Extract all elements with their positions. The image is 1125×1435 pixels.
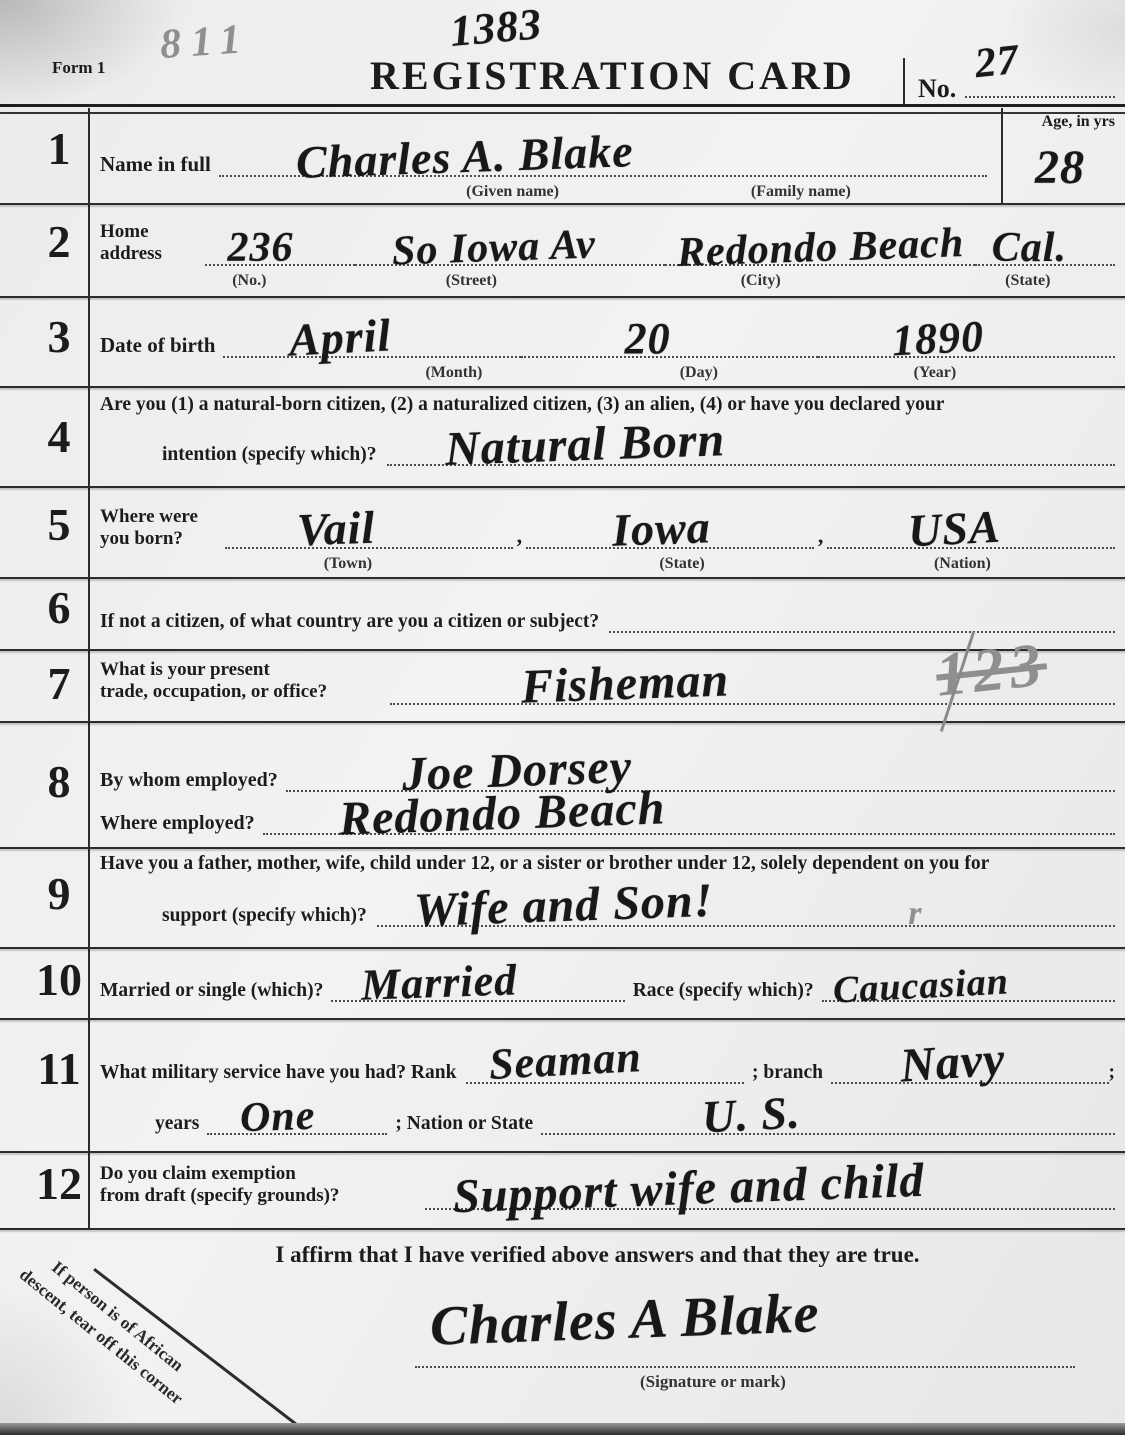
row-number: 5 <box>34 502 84 548</box>
dependents-answer-line: Wife and Son! r <box>377 921 1115 927</box>
family-name-sublabel: (Family name) <box>751 183 851 201</box>
dob-month: April <box>288 308 393 366</box>
day-sublabel: (Day) <box>680 364 718 382</box>
military-nation-line: U. S. <box>541 1129 1115 1135</box>
row-number: 8 <box>34 759 84 805</box>
birth-state-line: Iowa <box>526 543 814 549</box>
dob-day: 20 <box>625 313 671 364</box>
military-years-label: years <box>155 1113 207 1135</box>
occupation-label-line1: What is your present <box>100 659 327 681</box>
military-rank-label: What military service have you had? Rank <box>100 1062 466 1084</box>
row-dependents: 9 Have you a father, mother, wife, child… <box>0 847 1125 949</box>
pencil-serial-number: 811 <box>158 15 252 69</box>
row-number: 6 <box>34 585 84 631</box>
faint-pencil-mark: r <box>908 895 922 933</box>
month-sublabel: (Month) <box>425 364 482 382</box>
signature-sublabel: (Signature or mark) <box>640 1372 786 1392</box>
exemption-answer: Support wife and child <box>452 1153 925 1224</box>
birth-town: Vail <box>296 501 376 557</box>
exemption-label-line1: Do you claim exemption <box>100 1163 339 1185</box>
address-street-line: So Iowa Av <box>355 260 665 266</box>
signature-value: Charles A Blake <box>429 1281 820 1359</box>
employer-label: By whom employed? <box>100 769 286 792</box>
military-rank-line: Seaman <box>466 1078 744 1084</box>
citizenship-answer-line: Natural Born <box>387 460 1116 466</box>
exemption-answer-line: Support wife and child <box>425 1204 1115 1210</box>
race-answer-line: Caucasian <box>822 996 1115 1002</box>
race-answer: Caucasian <box>832 959 1010 1012</box>
home-address-label-line2: address <box>100 243 162 265</box>
military-nation-answer: U. S. <box>701 1085 802 1143</box>
row-marital-race: 10 Married or single (which)? Married Ra… <box>0 947 1125 1020</box>
row-number: 1 <box>34 126 84 172</box>
row-number: 11 <box>34 1046 84 1092</box>
row-citizenship: 4 Are you (1) a natural-born citizen, (2… <box>0 386 1125 488</box>
given-name-sublabel: (Given name) <box>466 183 559 201</box>
occupation-answer: Fisheman <box>520 652 730 714</box>
address-state: Cal. <box>992 224 1067 272</box>
exemption-label-line2: from draft (specify grounds)? <box>100 1185 339 1207</box>
name-label: Name in full <box>100 152 219 177</box>
birth-nation-line: USA <box>827 543 1115 549</box>
military-nation-label: ; Nation or State <box>387 1113 541 1135</box>
marital-label: Married or single (which)? <box>100 980 331 1002</box>
employment-place-answer: Redondo Beach <box>338 780 666 846</box>
scan-bottom-edge <box>0 1423 1125 1435</box>
name-answer: Charles A. Blake <box>295 124 634 189</box>
citizenship-question-line1: Are you (1) a natural-born citizen, (2) … <box>100 394 944 416</box>
military-years-answer: One <box>239 1092 316 1143</box>
address-state-line: Cal. <box>975 260 1115 266</box>
affirmation-statement: I affirm that I have verified above answ… <box>100 1242 1095 1268</box>
citizenship-question-line2: intention (specify which)? <box>162 444 387 466</box>
row-name: 1 Name in full Charles A. Blake (Given n… <box>0 108 1125 205</box>
birthplace-label-line2: you born? <box>100 528 198 550</box>
address-no: 236 <box>228 224 294 272</box>
header-divider-line <box>903 58 905 106</box>
town-sublabel: (Town) <box>324 555 372 573</box>
dob-label: Date of birth <box>100 333 223 358</box>
row-number: 4 <box>34 414 84 460</box>
military-branch-answer: Navy <box>899 1031 1008 1093</box>
home-address-label-line1: Home <box>100 221 162 243</box>
marital-answer-line: Married <box>331 996 624 1002</box>
address-street: So Iowa Av <box>391 220 596 275</box>
dob-year-line: 1890 <box>818 352 1115 358</box>
page-title: REGISTRATION CARD <box>370 52 855 99</box>
employment-place-label: Where employed? <box>100 812 263 835</box>
military-rank-answer: Seaman <box>487 1031 642 1090</box>
dependents-question-line2: support (specify which)? <box>162 905 377 927</box>
dob-month-line: April <box>223 352 520 358</box>
age-value: 28 <box>1035 140 1085 195</box>
dependents-question-line1: Have you a father, mother, wife, child u… <box>100 853 989 875</box>
name-answer-line: Charles A. Blake <box>219 171 987 177</box>
row-birthplace: 5 Where were you born? Vail , Iowa , USA… <box>0 486 1125 579</box>
row-number: 3 <box>34 314 84 360</box>
no-dotted-line <box>965 96 1115 98</box>
row-number: 9 <box>34 871 84 917</box>
age-label: Age, in yrs <box>1042 113 1115 131</box>
dob-year: 1890 <box>891 311 986 367</box>
row-occupation: 7 What is your present trade, occupation… <box>0 649 1125 723</box>
birth-town-line: Vail <box>225 543 513 549</box>
military-branch-line: Navy <box>831 1078 1109 1084</box>
occupation-label-line2: trade, occupation, or office? <box>100 681 327 703</box>
row-home-address: 2 Home address 236 So Iowa Av Redondo Be… <box>0 203 1125 298</box>
row-date-of-birth: 3 Date of birth April 20 1890 (Month) (D… <box>0 296 1125 388</box>
row-employment: 8 By whom employed? Joe Dorsey Where emp… <box>0 721 1125 849</box>
state-sublabel: (State) <box>1005 272 1050 290</box>
row-number: 12 <box>34 1161 84 1207</box>
separator-comma: , <box>814 523 828 549</box>
registration-card: Form 1 811 1383 REGISTRATION CARD No. 27… <box>0 0 1125 1435</box>
address-no-line: 236 <box>205 260 355 266</box>
citizenship-answer: Natural Born <box>444 412 726 477</box>
year-sublabel: (Year) <box>914 364 957 382</box>
row-number: 7 <box>34 661 84 707</box>
row-military-service: 11 What military service have you had? R… <box>0 1018 1125 1153</box>
employment-place-answer-line: Redondo Beach <box>263 829 1115 835</box>
row-exemption: 12 Do you claim exemption from draft (sp… <box>0 1151 1125 1230</box>
birthplace-label-line1: Where were <box>100 506 198 528</box>
state-sublabel: (State) <box>659 555 704 573</box>
form-number-label: Form 1 <box>52 58 105 78</box>
address-city-line: Redondo Beach <box>665 260 975 266</box>
row-number: 2 <box>34 219 84 265</box>
nation-sublabel: (Nation) <box>934 555 991 573</box>
address-city: Redondo Beach <box>677 219 966 277</box>
birth-nation: USA <box>907 500 1002 558</box>
dependents-answer: Wife and Son! <box>413 873 714 938</box>
separator-comma: , <box>513 523 527 549</box>
row-number: 10 <box>34 957 84 1003</box>
no-label: No. <box>918 74 956 104</box>
military-years-line: One <box>207 1129 387 1135</box>
marital-answer: Married <box>360 954 518 1010</box>
no-sublabel: (No.) <box>232 272 266 290</box>
foreign-citizen-label: If not a citizen, of what country are yo… <box>100 611 609 633</box>
age-box-divider <box>1001 108 1003 203</box>
stamped-card-number: 1383 <box>448 0 544 57</box>
card-number-value: 27 <box>973 36 1022 88</box>
military-branch-label: ; branch <box>744 1062 831 1084</box>
city-sublabel: (City) <box>741 272 781 290</box>
signature-line <box>415 1366 1075 1368</box>
dob-day-line: 20 <box>521 352 818 358</box>
race-label: Race (specify which)? <box>625 980 822 1002</box>
birth-state: Iowa <box>612 500 712 556</box>
line-end-semicolon: ; <box>1109 1062 1116 1084</box>
street-sublabel: (Street) <box>446 272 497 290</box>
